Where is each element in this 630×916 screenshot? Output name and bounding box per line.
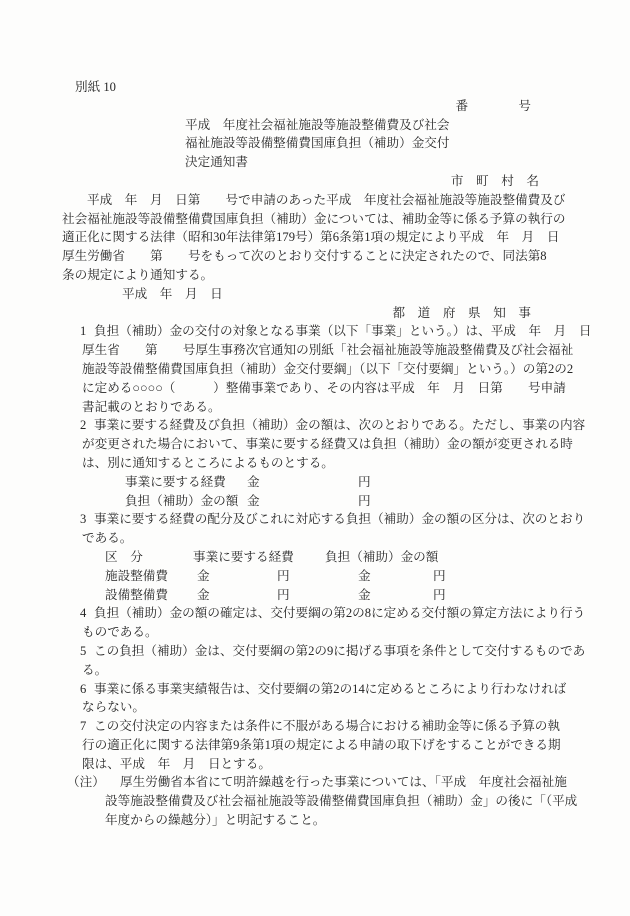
- title-line-1: 平成 年度社会福祉施設等施設整備費及び社会: [185, 116, 630, 135]
- note-line: 設等施設整備費及び社会福祉施設等設備整備費国庫負担（補助）金」の後に「（平成: [105, 792, 630, 811]
- item-line: に定める○○○○（ ）整備事業であり、その内容は平成 年 月 日第 号申請: [82, 379, 630, 398]
- amount-unit-prefix: 金: [247, 473, 260, 492]
- note-line: 年度からの繰越分）」と明記すること。: [105, 811, 630, 830]
- amount-label: 事業に要する経費: [125, 473, 226, 492]
- note-block: （注）厚生労働省本省にて明許繰越を行った事業については、「平成 年度社会福祉施 …: [62, 773, 630, 829]
- amount-label: 負担（補助）金の額: [125, 492, 238, 511]
- item-number: 6: [80, 680, 94, 699]
- table-cell-cost-suffix: 円: [277, 567, 290, 586]
- item-line: 事業に要する経費及び負担（補助）金の額は、次のとおりである。ただし、事業の内容: [94, 418, 585, 432]
- document-page: 別紙 10 番 号 平成 年度社会福祉施設等施設整備費及び社会 福祉施設等設備整…: [0, 0, 630, 916]
- table-header-cost: 事業に要する経費: [193, 548, 294, 567]
- allocation-table-row: 施設整備費 金 円 金 円: [62, 567, 630, 586]
- item-5: 5この負担（補助）金は、交付要綱の第2の9に掲げる事項を条件として交付するもので…: [62, 642, 630, 680]
- item-number: 3: [80, 510, 94, 529]
- item-line: 行の適正化に関する法律第9条第1項の規定による申請の取下げをすることができる期: [82, 736, 630, 755]
- item-line: この交付決定の内容または条件に不服がある場合における補助金等に係る予算の執: [94, 719, 560, 733]
- item-3: 3事業に要する経費の配分及びこれに対応する負担（補助）金の額の区分は、次のとおり…: [62, 510, 630, 604]
- item-line: 負担（補助）金の交付の対象となる事業（以下「事業」という。）は、平成 年 月 日: [94, 324, 591, 338]
- item-number: 1: [80, 322, 94, 341]
- opening-line: 社会福祉施設等設備整備費国庫負担（補助）金については、補助金等に係る予算の執行の: [62, 210, 630, 229]
- issue-date-line: 平成 年 月 日: [122, 285, 630, 304]
- opening-line: 厚生労働省 第 号をもって次のとおり交付することに決定されたので、同法第8: [62, 247, 630, 266]
- table-cell-subsidy-prefix: 金: [358, 567, 371, 586]
- amount-unit-suffix: 円: [358, 492, 371, 511]
- allocation-table-header: 区 分 事業に要する経費 負担（補助）金の額: [62, 548, 630, 567]
- item-6: 6事業に係る事業実績報告は、交付要綱の第2の14に定めるところにより行わなければ…: [62, 680, 630, 718]
- issuer-label: 都 道 府 県 知 事: [62, 304, 630, 323]
- table-cell-cost-prefix: 金: [197, 567, 210, 586]
- item-number: 5: [80, 642, 94, 661]
- item-7: 7この交付決定の内容または条件に不服がある場合における補助金等に係る予算の執 行…: [62, 717, 630, 773]
- item-line: 厚生省 第 号厚生事務次官通知の別紙「社会福祉施設等施設整備費及び社会福祉: [82, 341, 630, 360]
- item-4: 4負担（補助）金の額の確定は、交付要綱の第2の8に定める交付額の算定方法により行…: [62, 604, 630, 642]
- note-line: 厚生労働省本省にて明許繰越を行った事業については、「平成 年度社会福祉施: [120, 775, 567, 789]
- item-line: 負担（補助）金の額の確定は、交付要綱の第2の8に定める交付額の算定方法により行う: [94, 606, 585, 620]
- opening-line: 平成 年 月 日第 号で申請のあった平成 年度社会福祉施設等施設整備費及び: [62, 191, 630, 210]
- table-cell-subsidy-suffix: 円: [433, 567, 446, 586]
- item-line: は、別に通知するところによるものとする。: [82, 454, 630, 473]
- item-line: である。: [82, 529, 630, 548]
- item-line: が変更された場合において、事業に要する経費又は負担（補助）金の額が変更される時: [82, 435, 630, 454]
- table-header-subsidy: 負担（補助）金の額: [325, 548, 438, 567]
- item-2: 2事業に要する経費及び負担（補助）金の額は、次のとおりである。ただし、事業の内容…: [62, 416, 630, 510]
- item-line: 事業に係る事業実績報告は、交付要綱の第2の14に定めるところにより行わなければ: [94, 682, 566, 696]
- table-cell-subsidy-prefix: 金: [358, 586, 371, 605]
- amount-unit-suffix: 円: [358, 473, 371, 492]
- opening-line: 適正化に関する法律（昭和30年法律第179号）第6条第1項の規定により平成 年 …: [62, 228, 630, 247]
- document-title: 平成 年度社会福祉施設等施設整備費及び社会 福祉施設等設備整備費国庫負担（補助）…: [185, 116, 630, 172]
- item-number: 4: [80, 604, 94, 623]
- table-cell-subsidy-suffix: 円: [433, 586, 446, 605]
- item-line: 事業に要する経費の配分及びこれに対応する負担（補助）金の額の区分は、次のとおり: [94, 512, 585, 526]
- attachment-label: 別紙 10: [75, 78, 630, 97]
- amount-unit-prefix: 金: [247, 492, 260, 511]
- item-line: 限は、平成 年 月 日とする。: [82, 755, 630, 774]
- table-header-category: 区 分: [105, 548, 143, 567]
- title-line-3: 決定通知書: [185, 153, 630, 172]
- opening-line: 条の規定により通知する。: [62, 266, 630, 285]
- item-number: 2: [80, 416, 94, 435]
- table-cell-category: 施設整備費: [105, 567, 168, 586]
- allocation-table-row: 設備整備費 金 円 金 円: [62, 586, 630, 605]
- item-1: 1負担（補助）金の交付の対象となる事業（以下「事業」という。）は、平成 年 月 …: [62, 322, 630, 416]
- table-cell-cost-prefix: 金: [197, 586, 210, 605]
- title-line-2: 福祉施設等設備整備費国庫負担（補助）金交付: [185, 134, 630, 153]
- document-number-line: 番 号: [62, 97, 630, 116]
- table-cell-cost-suffix: 円: [277, 586, 290, 605]
- item-line: る。: [82, 661, 630, 680]
- amount-line-project-cost: 事業に要する経費 金 円: [62, 473, 630, 492]
- table-cell-category: 設備整備費: [105, 586, 168, 605]
- note-label: （注）: [67, 773, 120, 792]
- item-line: 施設等設備整備費国庫負担（補助）金交付要綱」（以下「交付要綱」という。）の第2の…: [82, 360, 630, 379]
- item-line: ならない。: [82, 698, 630, 717]
- addressee-label: 市 町 村 名: [62, 172, 630, 191]
- item-line: 書記載のとおりである。: [82, 398, 630, 417]
- amount-line-subsidy: 負担（補助）金の額 金 円: [62, 492, 630, 511]
- item-line: この負担（補助）金は、交付要綱の第2の9に掲げる事項を条件として交付するものであ: [94, 644, 585, 658]
- item-number: 7: [80, 717, 94, 736]
- item-line: ものである。: [82, 623, 630, 642]
- opening-paragraph: 平成 年 月 日第 号で申請のあった平成 年度社会福祉施設等施設整備費及び 社会…: [62, 191, 630, 285]
